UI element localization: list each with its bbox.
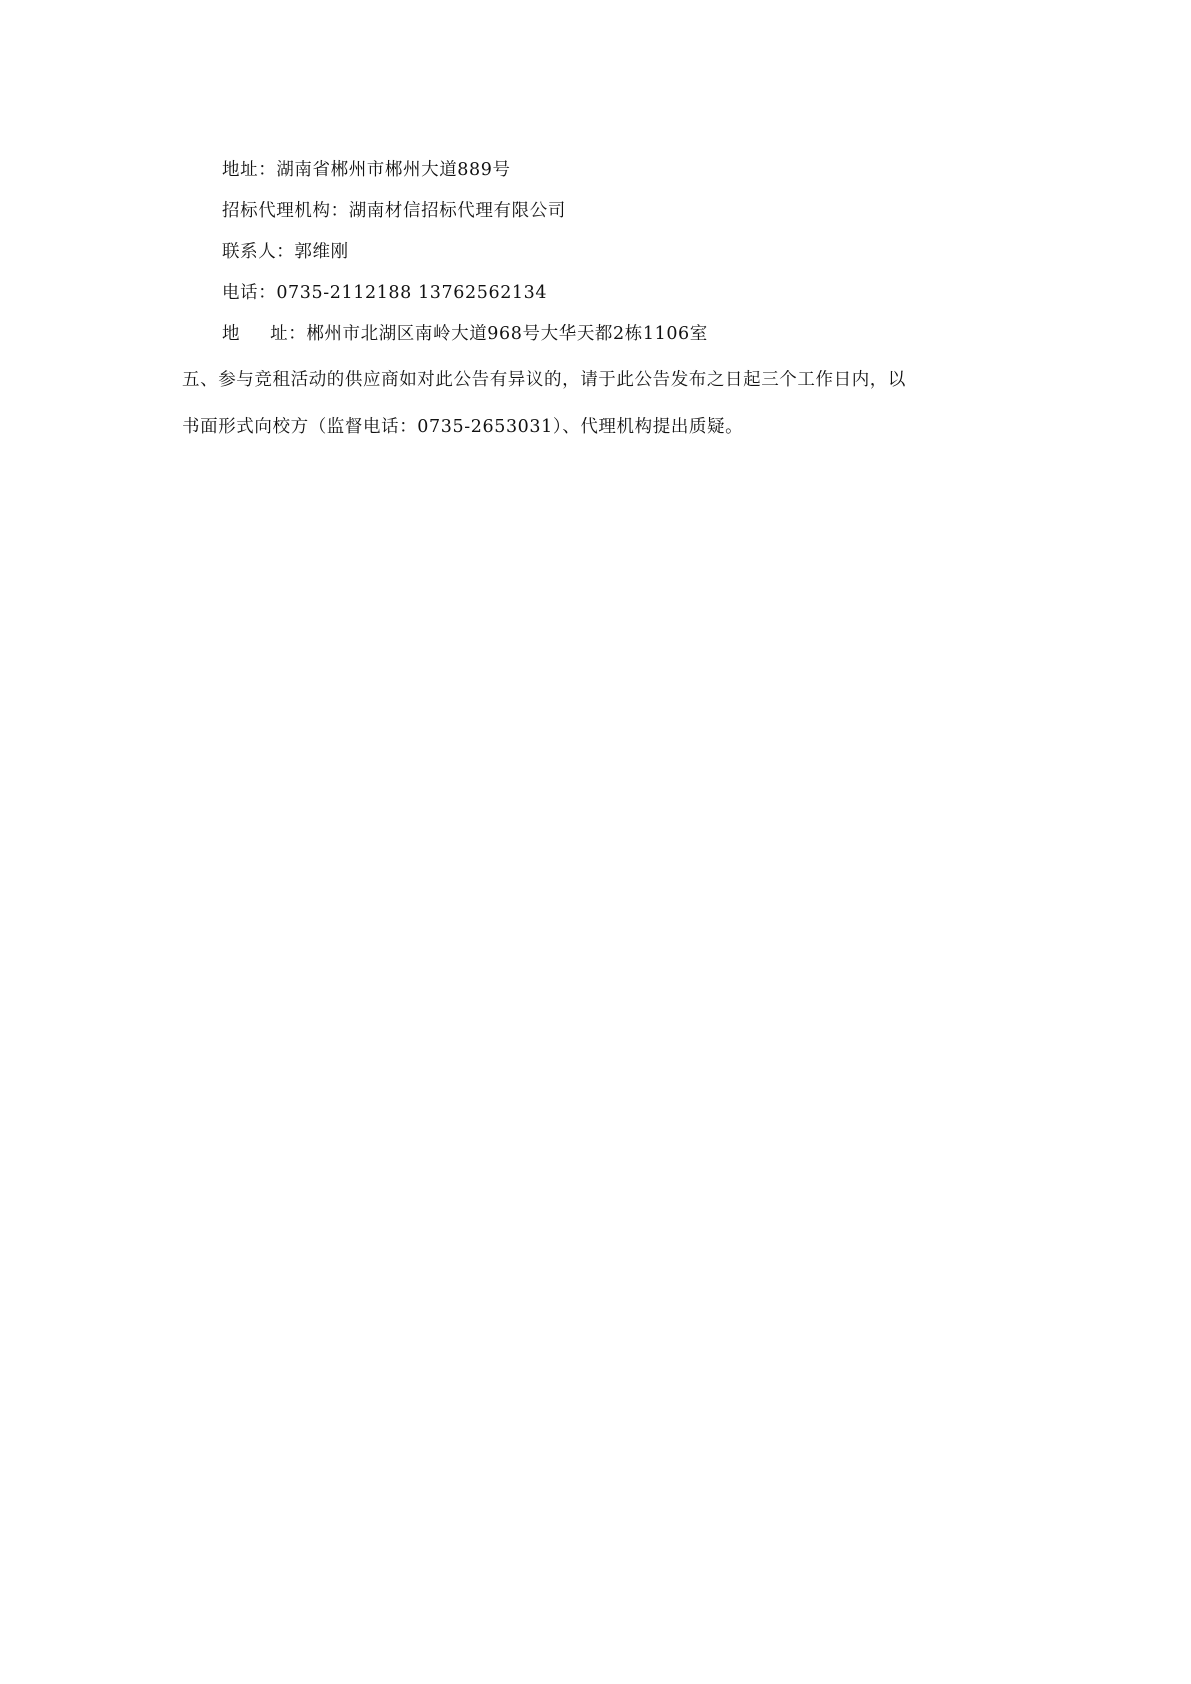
school-address-label: 地址： (222, 160, 276, 180)
agency-address-line: 地址：郴州市北湖区南岭大道968号大华天都2栋1106室 (182, 314, 1032, 355)
agency-address-label-part2: 址： (270, 324, 306, 344)
school-address-value: 湖南省郴州市郴州大道889号 (276, 160, 510, 180)
school-address-line: 地址：湖南省郴州市郴州大道889号 (182, 150, 1032, 191)
agency-line: 招标代理机构：湖南材信招标代理有限公司 (182, 191, 1032, 232)
phone-value: 0735-2112188 13762562134 (276, 283, 547, 303)
contact-person-value: 郭维刚 (294, 242, 348, 262)
contact-person-line: 联系人：郭维刚 (182, 232, 1032, 273)
phone-label: 电话： (222, 283, 276, 303)
section-five-line-2: 书面形式向校方（监督电话：0735-2653031）、代理机构提出质疑。 (182, 404, 1032, 445)
agency-address-label-part1: 地 (222, 324, 240, 344)
agency-address-value: 郴州市北湖区南岭大道968号大华天都2栋1106室 (306, 324, 708, 344)
phone-line: 电话：0735-2112188 13762562134 (182, 273, 1032, 314)
document-body: 地址：湖南省郴州市郴州大道889号 招标代理机构：湖南材信招标代理有限公司 联系… (182, 150, 1032, 445)
document-page: 地址：湖南省郴州市郴州大道889号 招标代理机构：湖南材信招标代理有限公司 联系… (0, 0, 1191, 1684)
section-five-text-2: 书面形式向校方（监督电话：0735-2653031）、代理机构提出质疑。 (182, 417, 743, 437)
contact-person-label: 联系人： (222, 242, 294, 262)
section-five-line-1: 五、参与竞租活动的供应商如对此公告有异议的，请于此公告发布之日起三个工作日内，以 (182, 357, 1032, 398)
section-five-text-1: 参与竞租活动的供应商如对此公告有异议的，请于此公告发布之日起三个工作日内，以 (218, 370, 906, 390)
agency-value: 湖南材信招标代理有限公司 (349, 201, 566, 221)
agency-label: 招标代理机构： (222, 201, 349, 221)
section-five-paragraph: 五、参与竞租活动的供应商如对此公告有异议的，请于此公告发布之日起三个工作日内，以… (182, 357, 1032, 445)
section-five-number: 五、 (182, 370, 218, 390)
